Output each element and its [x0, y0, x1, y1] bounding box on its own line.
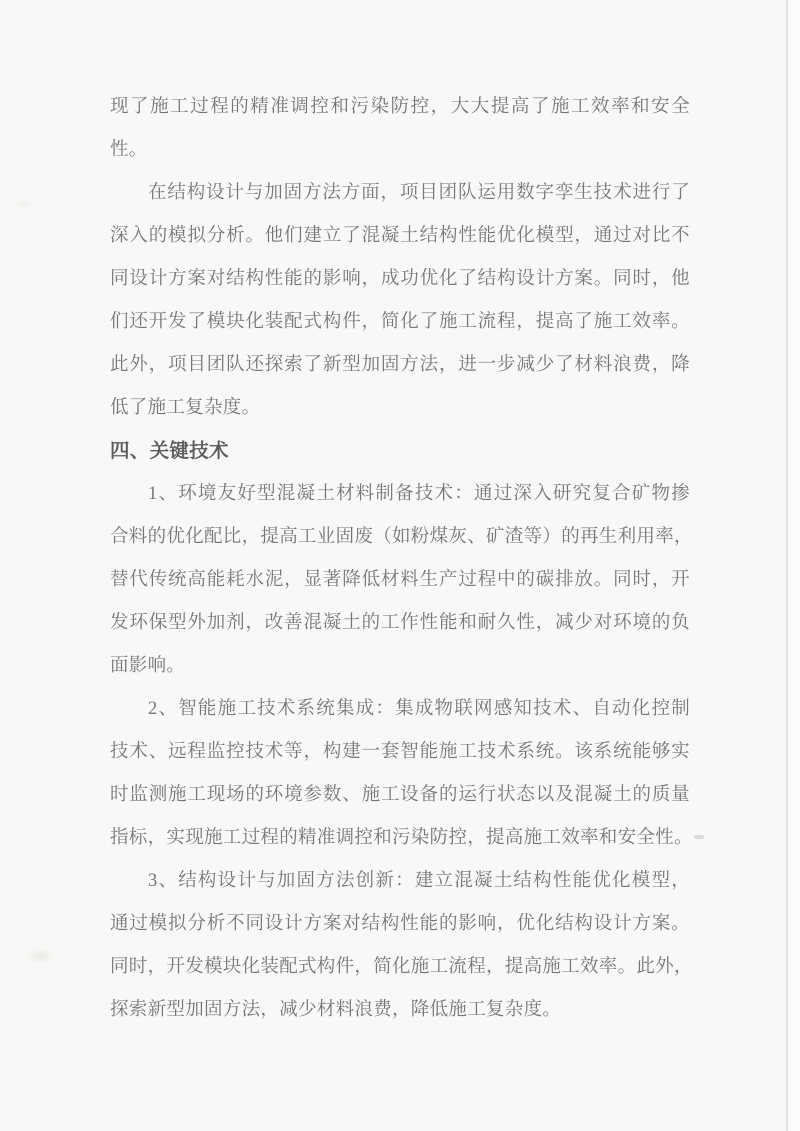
paragraph-start: 2、智能施工技术系统集成：集成物联网感知技术、自动化控制 [110, 688, 690, 731]
text-line: 现了施工过程的精准调控和污染防控，大大提高了施工效率和安全 [110, 86, 690, 129]
paragraph-start: 在结构设计与加固方法方面，项目团队运用数字孪生技术进行了 [110, 172, 690, 215]
scan-smudge [26, 948, 56, 964]
scan-margin-strip [788, 0, 800, 1131]
text-line: 性。 [110, 129, 690, 172]
text-line: 们还开发了模块化装配式构件，简化了施工流程，提高了施工效率。 [110, 301, 690, 344]
scan-edge-line [786, 0, 788, 1131]
text-line: 面影响。 [110, 645, 690, 688]
text-line: 低了施工复杂度。 [110, 387, 690, 430]
text-line: 同设计方案对结构性能的影响，成功优化了结构设计方案。同时，他 [110, 258, 690, 301]
text-line: 同时，开发模块化装配式构件，简化施工流程，提高施工效率。此外， [110, 946, 690, 989]
document-body: 现了施工过程的精准调控和污染防控，大大提高了施工效率和安全 性。 在结构设计与加… [110, 86, 690, 1032]
section-heading: 四、关键技术 [110, 430, 690, 473]
scanned-page: 现了施工过程的精准调控和污染防控，大大提高了施工效率和安全 性。 在结构设计与加… [0, 0, 800, 1131]
paragraph-start: 3、结构设计与加固方法创新：建立混凝土结构性能优化模型， [110, 860, 690, 903]
scan-smudge [12, 198, 34, 210]
text-line: 时监测施工现场的环境参数、施工设备的运行状态以及混凝土的质量 [110, 774, 690, 817]
text-line: 技术、远程监控技术等，构建一套智能施工技术系统。该系统能够实 [110, 731, 690, 774]
text-line: 合料的优化配比，提高工业固废（如粉煤灰、矿渣等）的再生利用率， [110, 516, 690, 559]
text-line: 探索新型加固方法，减少材料浪费，降低施工复杂度。 [110, 989, 690, 1032]
scan-smudge [694, 835, 704, 839]
text-line: 指标，实现施工过程的精准调控和污染防控，提高施工效率和安全性。 [110, 817, 690, 860]
text-line: 通过模拟分析不同设计方案对结构性能的影响，优化结构设计方案。 [110, 903, 690, 946]
text-line: 替代传统高能耗水泥，显著降低材料生产过程中的碳排放。同时，开 [110, 559, 690, 602]
text-line: 发环保型外加剂，改善混凝土的工作性能和耐久性，减少对环境的负 [110, 602, 690, 645]
text-line: 此外，项目团队还探索了新型加固方法，进一步减少了材料浪费，降 [110, 344, 690, 387]
paragraph-start: 1、环境友好型混凝土材料制备技术：通过深入研究复合矿物掺 [110, 473, 690, 516]
text-line: 深入的模拟分析。他们建立了混凝土结构性能优化模型，通过对比不 [110, 215, 690, 258]
